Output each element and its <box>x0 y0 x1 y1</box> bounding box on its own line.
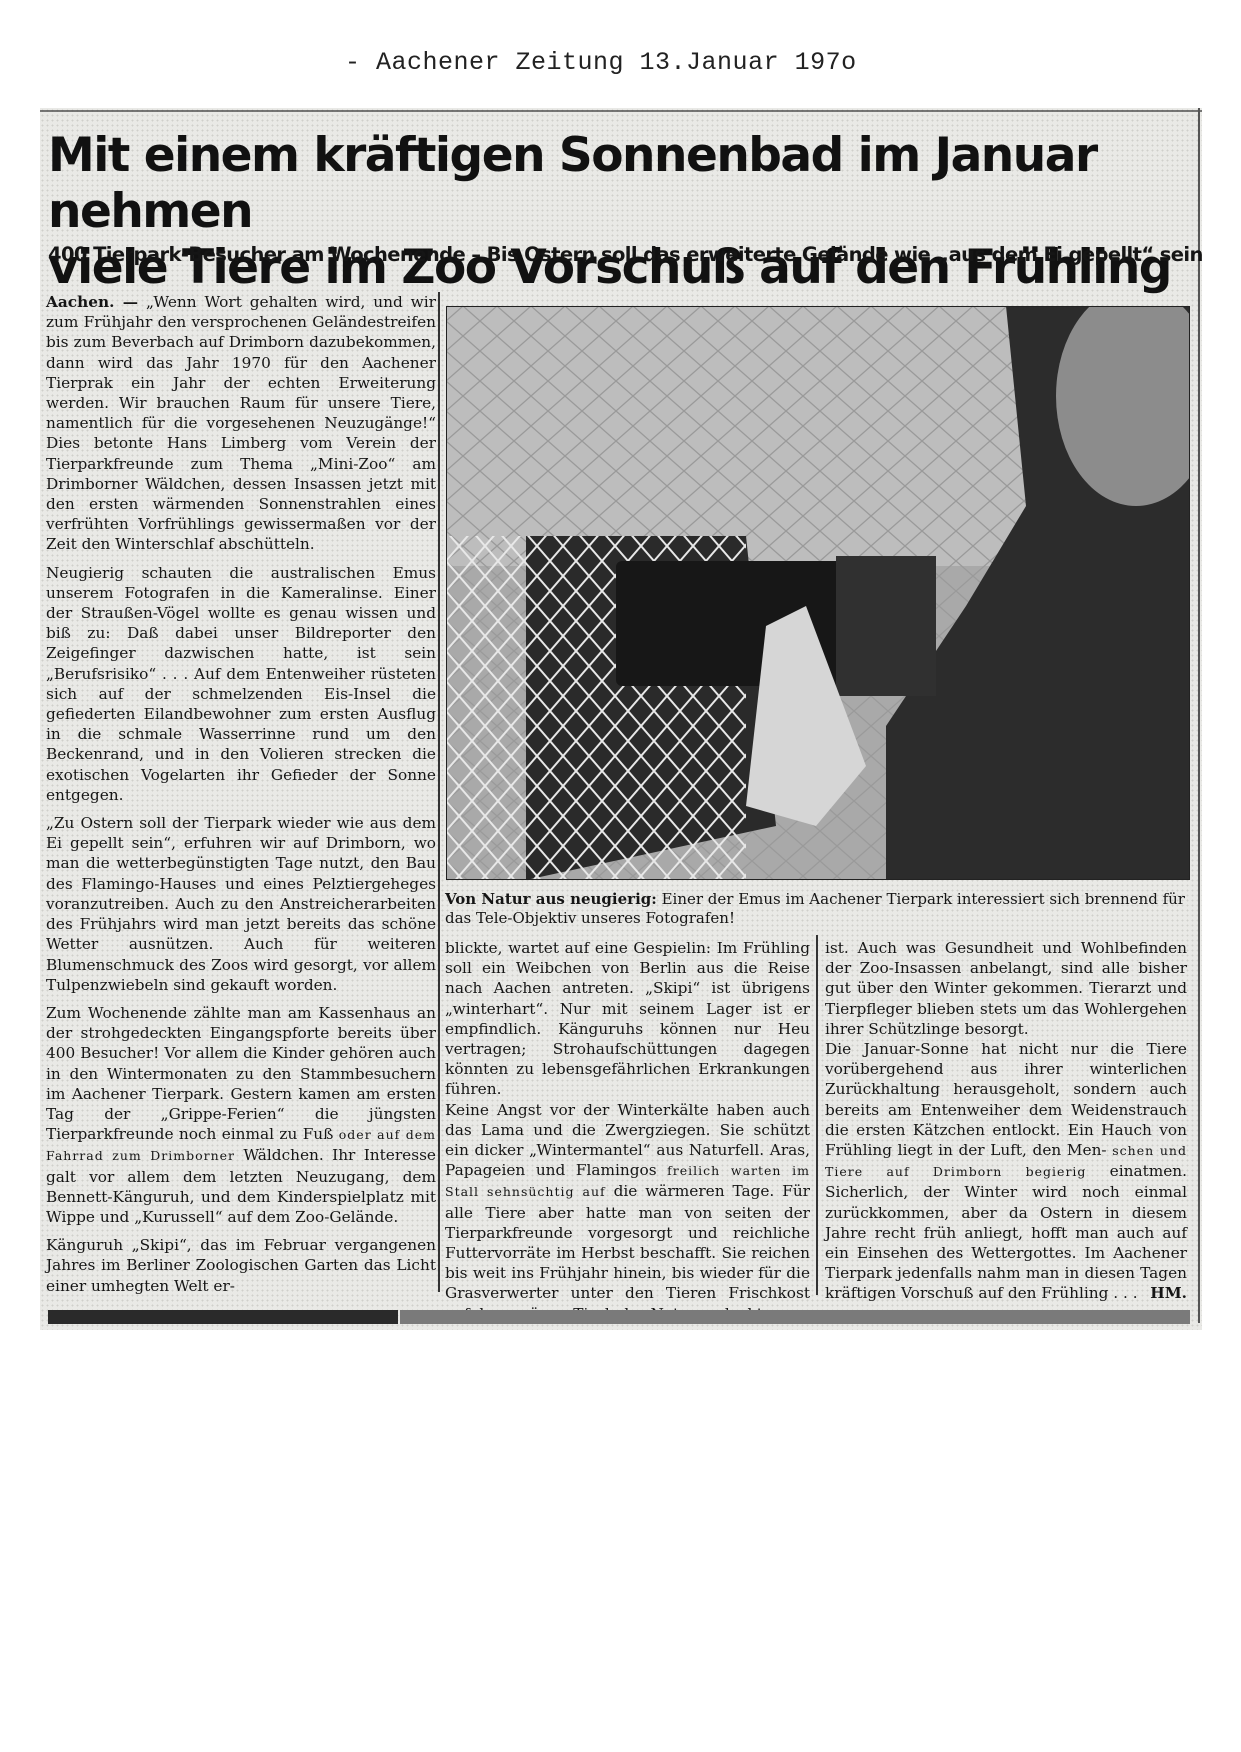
typed-source-line: - Aachener Zeitung 13.Januar 197o <box>345 48 857 77</box>
column-rule <box>438 292 440 1292</box>
clipping-right-edge <box>1198 108 1200 1323</box>
article-photo <box>446 306 1190 880</box>
bottom-bar-dark <box>48 1310 398 1324</box>
middle-column: blickte, wartet auf eine Gespielin: Im F… <box>445 938 810 1332</box>
bottom-bar-light <box>400 1310 1190 1324</box>
photo-caption: Von Natur aus neugierig: Einer der Emus … <box>445 890 1190 928</box>
clipping-top-rule <box>40 110 1202 112</box>
paragraph: Neugierig schauten die australischen Emu… <box>46 563 436 805</box>
paragraph: ist. Auch was Gesundheit und Wohlbefinde… <box>825 938 1187 1039</box>
paragraph: Zum Wochenende zählte man am Kassenhaus … <box>46 1003 436 1227</box>
paragraph: Die Januar-Sonne hat nicht nur die Tiere… <box>825 1039 1187 1304</box>
caption-lead: Von Natur aus neugierig: <box>445 890 657 908</box>
article-headline: Mit einem kräftigen Sonnenbad im Januar … <box>48 128 1198 296</box>
dateline: Aachen. — <box>46 293 138 311</box>
paragraph: blickte, wartet auf eine Gespielin: Im F… <box>445 938 810 1100</box>
article-subheadline: 400 Tierpark-Besucher am Wochenende – Bi… <box>48 243 1198 266</box>
paragraph: Känguruh „Skipi“, das im Februar vergang… <box>46 1235 436 1296</box>
column-rule <box>816 935 818 1295</box>
paragraph: Keine Angst vor der Winterkälte haben au… <box>445 1100 810 1324</box>
right-column: ist. Auch was Gesundheit und Wohlbefinde… <box>825 938 1187 1312</box>
paragraph: „Zu Ostern soll der Tierpark wieder wie … <box>46 813 436 995</box>
photo-image <box>446 306 1190 880</box>
paragraph: Aachen. — „Wenn Wort gehalten wird, und … <box>46 292 436 555</box>
left-column: Aachen. — „Wenn Wort gehalten wird, und … <box>46 292 436 1304</box>
author-signature: HM. <box>1150 1283 1187 1303</box>
headline-line-1: Mit einem kräftigen Sonnenbad im Januar … <box>48 128 1198 240</box>
